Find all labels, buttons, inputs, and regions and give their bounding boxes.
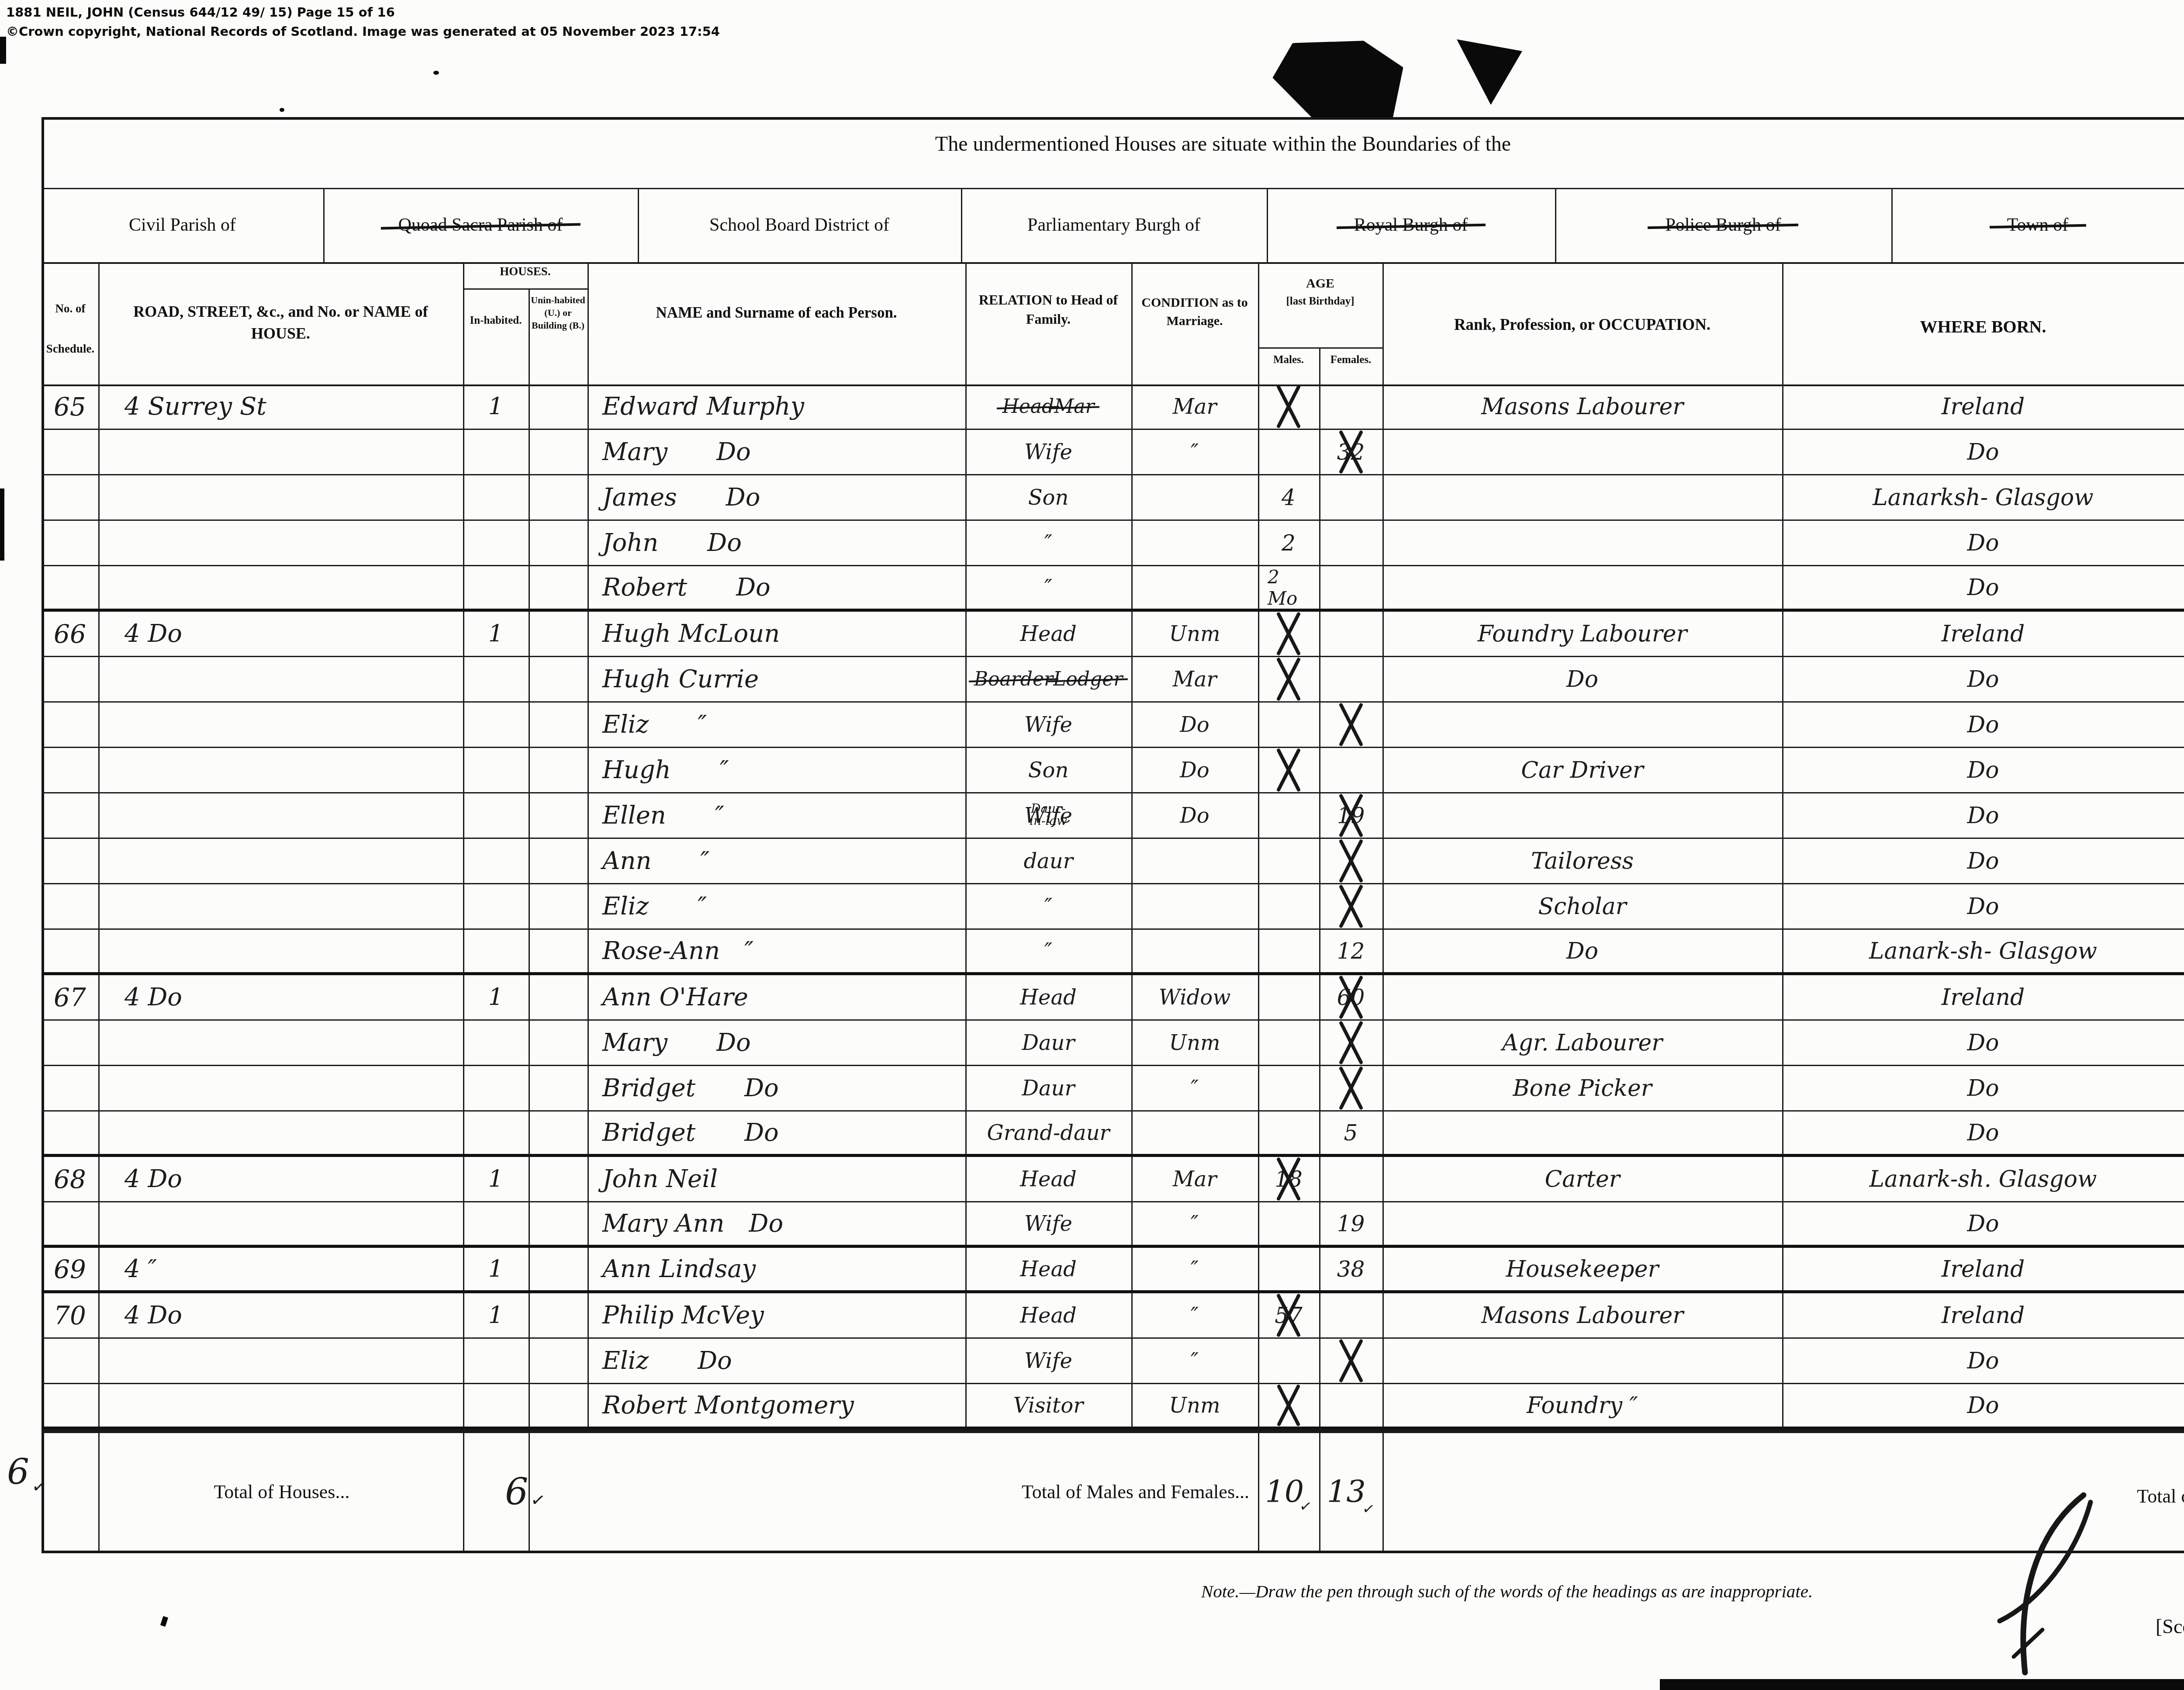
relation-text: Grand-daur [987,1122,1110,1143]
cell-age-m [1258,1384,1319,1427]
born-text: Do [1967,575,1999,601]
occupation-text: Foundry Labourer [1478,621,1687,647]
column-header-uninhabited: Unin-habited (U.) or Building (B.) [530,294,586,332]
schedule-text: 67 [54,983,86,1012]
cell-born: Lanark-sh. Glasgow [1782,1157,2184,1201]
cell-uninhabited [529,657,587,701]
cell-relation: Head [965,1293,1131,1337]
total-houses-number: 6 [505,1470,528,1513]
condition-text: Do [1180,713,1209,737]
cell-inhabited: 1 [463,1248,529,1290]
cell-age-m [1258,1066,1319,1110]
occupation-text: Carter [1545,1166,1620,1192]
cell-uninhabited [529,1248,587,1290]
cell-schedule: 65 [41,384,98,429]
cell-age-f: 32 [1319,430,1382,474]
column-header-males: Males. [1258,354,1319,366]
cell-occupation: Do [1382,930,1782,972]
column-header-born: WHERE BORN. [1782,316,2184,337]
relation-value: Head [1020,1305,1077,1326]
cell-condition: ″ [1131,1248,1258,1290]
cell-name: John Do [587,521,965,565]
occupation-text: Tailoress [1531,848,1634,874]
cell-born: Ireland [1782,1293,2184,1337]
cell-occupation: Foundry Labourer [1382,612,1782,656]
cell-condition: ″ [1131,1202,1258,1245]
cell-occupation [1382,975,1782,1019]
cell-name: Hugh ″ [587,748,965,792]
inhabited-text: 1 [488,1302,503,1329]
cell-age-f [1319,566,1382,609]
age-value: 19 [1330,1202,1372,1245]
schedule-text: 69 [54,1254,86,1284]
age-number: 5 [1344,1120,1358,1146]
name-text: Robert Montgomery [602,1391,854,1420]
cell-schedule: 68 [41,1157,98,1201]
cell-name: Robert Do [587,566,965,609]
cell-name: Bridget Do [587,1066,965,1110]
cell-born: Do [1782,748,2184,792]
cell-name: Edward Murphy [587,384,965,429]
cell-road [98,1112,463,1154]
cell-uninhabited [529,1157,587,1201]
scan-edge-artifact [0,37,6,64]
cell-born: Ireland [1782,975,2184,1019]
age-value: 5 [1330,1112,1372,1154]
inhabited-text: 1 [488,620,503,648]
cell-occupation: Housekeeper [1382,1248,1782,1290]
table-row: Mary DoDaurUnmAgr. LabourerDo1 [41,1021,2184,1066]
parish-label: Town of [2007,215,2069,235]
scan-edge-artifact [0,488,4,561]
column-header-text: [last Birthday] [1286,295,1354,307]
cell-age-f [1319,703,1382,747]
cell-age-f: 19 [1319,793,1382,838]
cell-name: Rose-Ann ″ [587,930,965,972]
grid-line [1891,189,1893,262]
condition-text: Mar [1173,667,1217,692]
cell-road [98,884,463,928]
condition-text: Do [1180,758,1209,783]
cell-uninhabited [529,748,587,792]
cell-relation: ″ [965,521,1131,565]
born-text: Do [1967,1392,1999,1419]
cell-born: Ireland [1782,612,2184,656]
age-number: 2 Mo [1268,566,1310,609]
cell-schedule [41,430,98,474]
column-header-text: Rank, Profession, or OCCUPATION. [1454,316,1711,334]
cell-uninhabited [529,1021,587,1065]
grid-line [1267,189,1268,262]
cell-relation: Head [965,612,1131,656]
relation-text: Daur [1022,1078,1075,1099]
cell-born: Do [1782,884,2184,928]
age-value: 19 [1330,793,1372,838]
cell-age-f: 12 [1319,930,1382,972]
cell-name: Hugh Currie [587,657,965,701]
cell-name: Ellen ″ [587,793,965,838]
relation-value: ″ [1044,533,1052,554]
grid-line [961,189,962,262]
age-value: 12 [1330,930,1372,972]
name-text: Eliz ″ [602,710,707,739]
cell-road [98,521,463,565]
relation-value: Wife [1024,442,1072,463]
cell-age-f [1319,1157,1382,1201]
relation-value: Wife [1024,1213,1072,1234]
born-text: Ireland [1942,621,2025,647]
name-text: James Do [602,483,760,512]
total-windowed-rooms-label-text: Total of Windowed Rooms... [2137,1485,2184,1507]
cell-inhabited [463,930,529,972]
name-text: Philip McVey [602,1301,764,1330]
born-text: Do [1967,1348,1999,1374]
column-header-houses-group: HOUSES. [463,265,587,278]
cell-name: Eliz ″ [587,884,965,928]
cell-schedule [41,703,98,747]
born-text: Do [1967,803,1999,829]
cell-relation: Head [965,975,1131,1019]
table-row: Hugh ″SonDoCar DriverDo [41,748,2184,793]
cell-uninhabited [529,975,587,1019]
parish-cell: Quoad Sacra Parish of [323,189,638,261]
parish-cell: School Board District of [638,189,961,261]
cell-condition [1131,566,1258,609]
cell-road [98,930,463,972]
cell-age-m [1258,703,1319,747]
parish-label: Quoad Sacra Parish of [398,215,563,235]
cell-occupation [1382,566,1782,609]
age-value: 32 [1330,430,1372,474]
cell-born: Do [1782,430,2184,474]
cell-relation: ″ [965,566,1131,609]
occupation-text: Agr. Labourer [1502,1030,1662,1056]
cell-condition: Do [1131,748,1258,792]
cell-age-f: 19 [1319,1202,1382,1245]
cell-relation: Head [965,1157,1131,1201]
cell-road [98,430,463,474]
cell-uninhabited [529,430,587,474]
condition-text: Mar [1173,1167,1217,1191]
condition-text: ″ [1191,1349,1199,1373]
occupation-text: Masons Labourer [1481,394,1683,420]
occupation-text: Car Driver [1521,757,1643,783]
cell-condition [1131,1112,1258,1154]
cell-relation: Visitor [965,1384,1131,1427]
cell-inhabited [463,1021,529,1065]
road-text: 4 Do [124,620,182,648]
cell-relation: ″ [965,930,1131,972]
cell-occupation: Carter [1382,1157,1782,1201]
relation-value: Lodger [1053,669,1123,689]
name-text: Ann Lindsay [602,1255,756,1283]
born-text: Lanark-sh- Glasgow [1869,938,2097,964]
table-row: 694 ″1Ann LindsayHead″38HousekeeperIrela… [41,1248,2184,1293]
parish-label: Parliamentary Burgh of [1027,215,1200,235]
scan-speck [280,108,284,112]
cell-age-m [1258,1248,1319,1290]
cell-inhabited [463,657,529,701]
cell-age-f [1319,384,1382,429]
road-text: 4 Do [124,983,182,1011]
condition-text: ″ [1191,1303,1199,1328]
column-header-text: No. of Schedule. [46,302,94,355]
name-text: Edward Murphy [602,392,804,421]
cell-born: Do [1782,566,2184,609]
cell-age-f [1319,884,1382,928]
parish-label: Royal Burgh of [1354,215,1468,235]
relation-text: Head [1020,623,1077,644]
cell-age-f [1319,1339,1382,1383]
cell-occupation: Scholar [1382,884,1782,928]
cell-relation: Son [965,748,1131,792]
cell-road [98,1384,463,1427]
parish-label: School Board District of [709,215,889,235]
cell-born: Ireland [1782,1248,2184,1290]
cell-occupation [1382,703,1782,747]
cell-schedule: 67 [41,975,98,1019]
relation-value: Grand-daur [987,1122,1110,1143]
cell-occupation [1382,793,1782,838]
table-row: 664 Do1Hugh McLounHeadUnmFoundry Laboure… [41,612,2184,657]
cell-born: Do [1782,1066,2184,1110]
name-text: Mary Ann Do [602,1209,783,1238]
total-males-females-label-text: Total of Males and Females... [1022,1481,1249,1503]
table-row: James DoSon4Lanarksh- Glasgow [41,475,2184,521]
column-header-text: Unin-habited (U.) or Building (B.) [531,294,585,331]
sheet-label-text: [Scot.—Sheet B. [2156,1615,2184,1638]
cell-condition [1131,930,1258,972]
schedule-text: 66 [54,619,86,649]
column-header-females: Females. [1319,354,1382,366]
check-icon: ✓ [31,1476,48,1498]
total-houses-value: 6✓ [463,1433,587,1550]
name-text: Eliz ″ [602,892,707,921]
cell-inhabited: 1 [463,1157,529,1201]
relation-text: HeadMar [1002,397,1094,417]
relation-value: Son [1028,487,1069,508]
relation-text: ″ [1044,533,1052,554]
cell-uninhabited [529,793,587,838]
cell-name: Mary Do [587,1021,965,1065]
relation-text: Wife [1024,442,1072,463]
parish-label: Police Burgh of [1665,215,1781,235]
cell-inhabited: 1 [463,1293,529,1337]
cell-relation: Head [965,1248,1131,1290]
relation-text: Wife [1024,714,1072,735]
cell-relation: Wife [965,1339,1131,1383]
table-row: John Do″2Do [41,521,2184,566]
age-value: 4 [1268,475,1310,519]
cell-condition [1131,475,1258,519]
cell-relation: Daur-in-lawWife [965,793,1131,838]
born-text: Ireland [1942,1302,2025,1329]
born-text: Ireland [1942,394,2025,420]
cell-inhabited [463,1384,529,1427]
cell-age-f [1319,748,1382,792]
age-value: 60 [1330,975,1372,1019]
check-icon: ✓ [1298,1497,1313,1516]
cell-condition: Do [1131,703,1258,747]
inhabited-text: 1 [488,1165,503,1193]
total-houses-label-text: Total of Houses... [214,1481,350,1503]
total-females-number: 13 [1327,1474,1366,1510]
cell-inhabited [463,793,529,838]
cell-inhabited [463,1066,529,1110]
cell-age-m [1258,839,1319,883]
cell-schedule [41,1112,98,1154]
condition-text: ″ [1191,1212,1199,1236]
column-header-inhabited: In-habited. [465,314,527,328]
road-text: 4 ″ [124,1255,157,1283]
cell-age-m: 2 [1258,521,1319,565]
column-header-road: ROAD, STREET, &c., and No. or NAME of HO… [103,301,459,344]
condition-text: ″ [1191,1076,1199,1101]
road-text: 4 Do [124,1301,182,1330]
cell-schedule [41,521,98,565]
age-value [1330,884,1372,928]
cell-relation: daur [965,839,1131,883]
name-text: Robert Do [602,573,771,602]
cell-condition: Mar [1131,1157,1258,1201]
cell-uninhabited [529,930,587,972]
name-text: John Do [602,529,742,557]
born-text: Do [1967,893,1999,920]
cell-relation: ″ [965,884,1131,928]
cell-born: Do [1782,521,2184,565]
cell-uninhabited [529,475,587,519]
cell-age-f [1319,612,1382,656]
relation-value: ″ [1044,896,1052,917]
column-header-text: HOUSES. [500,265,550,278]
column-header-text: WHERE BORN. [1920,317,2046,336]
cell-schedule: 70 [41,1293,98,1337]
cell-schedule [41,1066,98,1110]
cell-road [98,748,463,792]
condition-text: ″ [1191,440,1199,464]
relation-value: daur [1023,851,1073,872]
cell-age-f: 38 [1319,1248,1382,1290]
cell-condition [1131,884,1258,928]
cell-condition: Mar [1131,657,1258,701]
name-text: Bridget Do [602,1074,779,1102]
cell-age-m [1258,1021,1319,1065]
cell-name: Eliz ″ [587,703,965,747]
born-text: Do [1967,757,1999,783]
check-icon: ✓ [1361,1500,1376,1519]
cell-road [98,1339,463,1383]
cell-condition: ″ [1131,1339,1258,1383]
age-value: 2 Mo [1268,566,1310,609]
cell-occupation: Agr. Labourer [1382,1021,1782,1065]
cell-born: Do [1782,1384,2184,1427]
cell-inhabited [463,884,529,928]
parish-label: Civil Parish of [129,215,236,235]
margin-total-houses: 6✓ [7,1451,46,1492]
column-header-text: NAME and Surname of each Person. [656,304,897,321]
cell-uninhabited [529,839,587,883]
column-header-age: AGE [1258,276,1382,291]
cell-schedule [41,793,98,838]
cell-age-m: 2 Mo [1258,566,1319,609]
cell-age-m [1258,657,1319,701]
table-row: Ellen ″Daur-in-lawWifeDo19Do [41,793,2184,839]
age-number: 19 [1337,1211,1365,1236]
cell-age-f [1319,657,1382,701]
name-text: Hugh Currie [602,665,759,693]
cell-condition: Mar [1131,384,1258,429]
scan-header-meta: 1881 NEIL, JOHN (Census 644/12 49/ 15) P… [6,3,720,41]
table-headline: The undermentioned Houses are situate wi… [568,132,1878,156]
relation-value: Head [1020,623,1077,644]
age-value [1330,1021,1372,1065]
born-text: Do [1967,1030,1999,1056]
cell-age-m [1258,384,1319,429]
margin-total-value: 6 [7,1451,29,1492]
cell-road [98,839,463,883]
parish-cell: Police Burgh of [1555,189,1891,261]
name-text: Ann ″ [602,847,710,875]
relation-text: Head [1020,987,1077,1008]
cell-condition: ″ [1131,1066,1258,1110]
scan-meta-copyright: ©Crown copyright, National Records of Sc… [6,22,720,41]
cell-road [98,1021,463,1065]
cell-born: Do [1782,1112,2184,1154]
cell-road [98,1066,463,1110]
grid-line [41,188,2184,189]
cell-inhabited: 1 [463,975,529,1019]
footer-note-text: Note.—Draw the pen through such of the w… [1201,1581,1813,1601]
cell-inhabited [463,1202,529,1245]
born-text: Ireland [1942,1256,2025,1282]
age-value: 2 [1268,521,1310,565]
cell-name: Philip McVey [587,1293,965,1337]
cell-condition: Unm [1131,1021,1258,1065]
grid-line [638,189,639,262]
relation-value: ″ [1044,577,1052,598]
relation-note: Daur-in-law [1024,803,1072,827]
cell-age-f [1319,1066,1382,1110]
born-text: Do [1967,439,1999,465]
cell-inhabited: 1 [463,612,529,656]
cell-schedule [41,839,98,883]
parish-cell: Town of [1891,189,2184,261]
relation-value: Wife [1024,1351,1072,1371]
age-value: 18 [1268,1157,1310,1201]
cell-age-f: 60 [1319,975,1382,1019]
age-value [1268,1384,1310,1427]
relation-text: Daur-in-lawWife [1024,805,1072,826]
cell-road: 4 Do [98,1293,463,1337]
cell-inhabited [463,566,529,609]
cell-occupation: Foundry ″ [1382,1384,1782,1427]
column-header-text: RELATION to Head of Family. [979,292,1118,327]
cell-inhabited [463,839,529,883]
column-header-text: AGE [1306,276,1334,291]
cell-age-f [1319,1293,1382,1337]
total-males-value: 10✓ [1258,1433,1319,1550]
name-text: Ellen ″ [602,801,724,830]
column-header-relation: RELATION to Head of Family. [968,290,1129,329]
condition-text: Widow [1159,985,1231,1010]
cell-born: Lanark-sh- Glasgow [1782,930,2184,972]
cell-condition: Widow [1131,975,1258,1019]
occupation-text: Bone Picker [1513,1075,1652,1101]
age-number: 38 [1337,1257,1365,1282]
total-houses-label: Total of Houses... [103,1433,461,1550]
cell-age-m [1258,430,1319,474]
cell-uninhabited [529,1202,587,1245]
